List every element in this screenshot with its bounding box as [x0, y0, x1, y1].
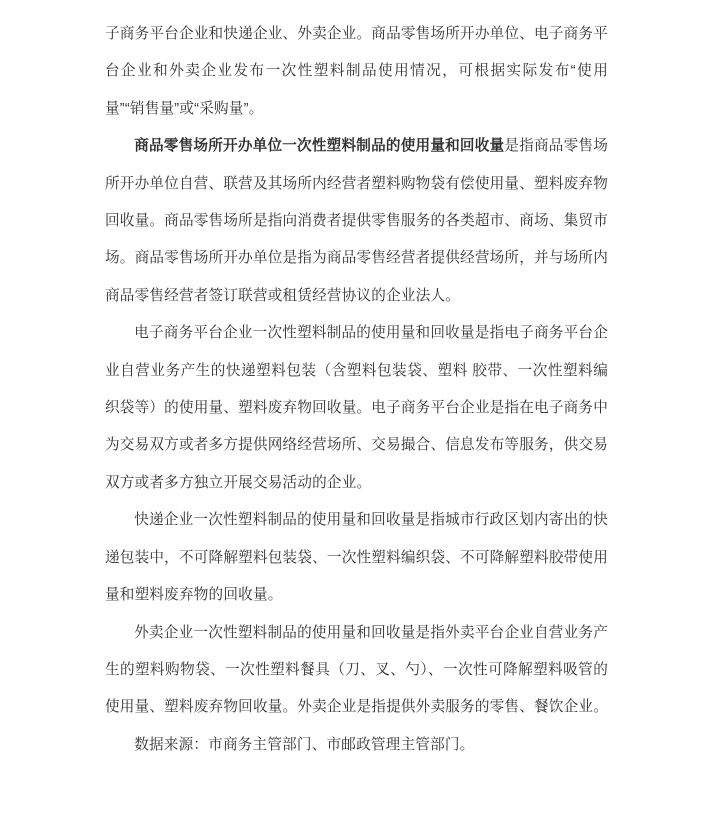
paragraph-text: 是指商品零售场所开办单位自营、联营及其场所内经营者塑料购物袋有偿使用量、塑料废弃… [105, 138, 608, 304]
paragraph-text: 电子商务平台企业一次性塑料制品的使用量和回收量是指电子商务平台企业自营业务产生的… [105, 325, 608, 491]
paragraph-express-definition: 快递企业一次性塑料制品的使用量和回收量是指城市行政区划内寄出的快递包装中，不可降… [105, 502, 608, 614]
paragraph-continuation: 子商务平台企业和快递企业、外卖企业。商品零售场所开办单位、电子商务平台企业和外卖… [105, 16, 608, 128]
paragraph-data-source: 数据来源：市商务主管部门、市邮政管理主管部门。 [105, 727, 608, 764]
paragraph-text: 子商务平台企业和快递企业、外卖企业。商品零售场所开办单位、电子商务平台企业和外卖… [105, 26, 608, 117]
document-page: 子商务平台企业和快递企业、外卖企业。商品零售场所开办单位、电子商务平台企业和外卖… [0, 0, 711, 832]
paragraph-text: 外卖企业一次性塑料制品的使用量和回收量是指外卖平台企业自营业务产生的塑料购物袋、… [105, 625, 608, 716]
paragraph-retail-definition: 商品零售场所开办单位一次性塑料制品的使用量和回收量是指商品零售场所开办单位自营、… [105, 128, 608, 315]
paragraph-ecommerce-definition: 电子商务平台企业一次性塑料制品的使用量和回收量是指电子商务平台企业自营业务产生的… [105, 315, 608, 502]
paragraph-text: 快递企业一次性塑料制品的使用量和回收量是指城市行政区划内寄出的快递包装中，不可降… [105, 512, 608, 603]
paragraph-takeout-definition: 外卖企业一次性塑料制品的使用量和回收量是指外卖平台企业自营业务产生的塑料购物袋、… [105, 615, 608, 727]
paragraph-text: 数据来源：市商务主管部门、市邮政管理主管部门。 [134, 737, 474, 753]
term-bold-retail-usage-recovery: 商品零售场所开办单位一次性塑料制品的使用量和回收量 [134, 138, 504, 154]
document-text-block: 子商务平台企业和快递企业、外卖企业。商品零售场所开办单位、电子商务平台企业和外卖… [105, 16, 608, 764]
